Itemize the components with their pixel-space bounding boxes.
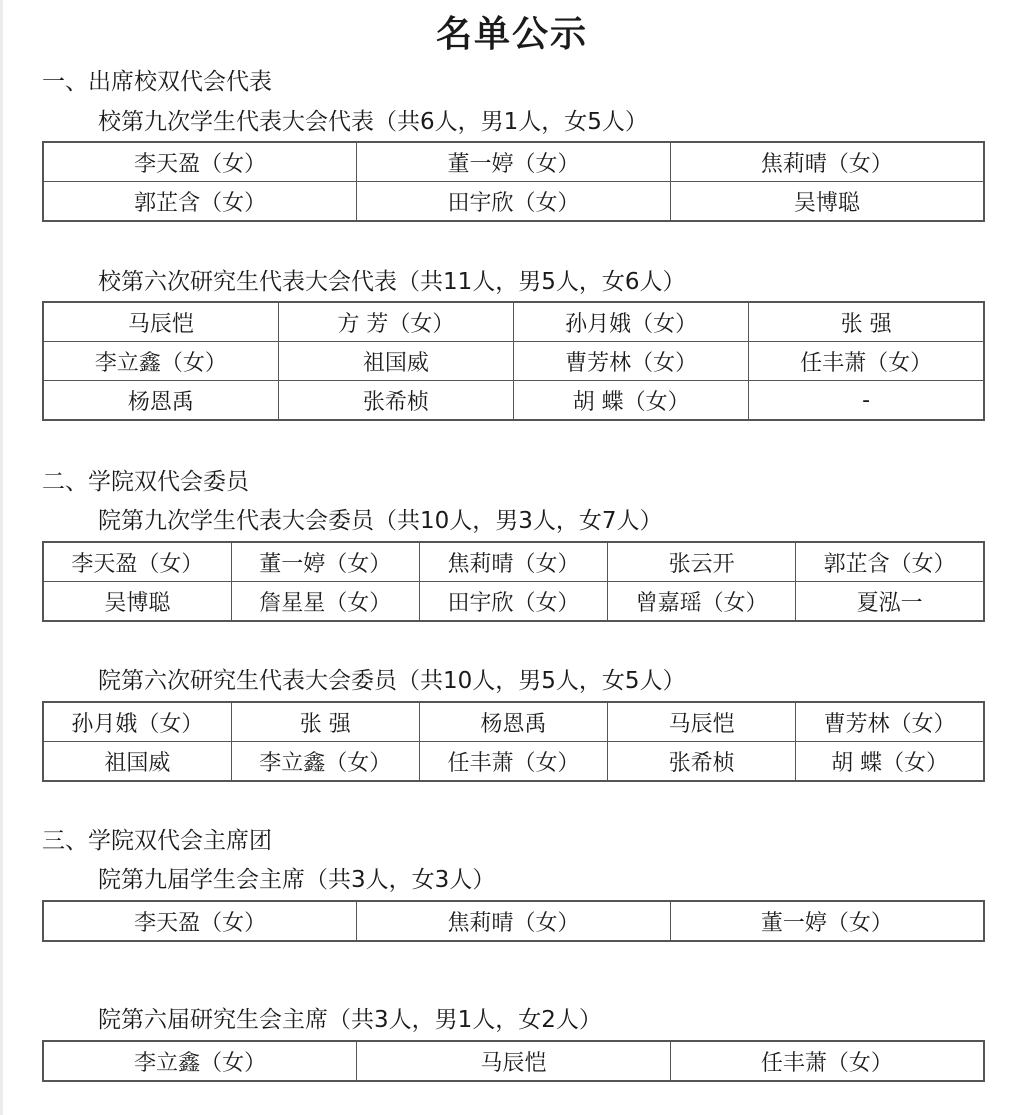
name-cell: 董一婷（女）	[670, 901, 984, 941]
name-cell: 田宇欣（女）	[357, 182, 671, 222]
name-cell: 李天盈（女）	[43, 542, 231, 582]
page-left-border	[0, 0, 3, 1115]
table-school-graduate-congress: 马辰恺 方 芳（女） 孙月娥（女） 张 强 李立鑫（女） 祖国威 曹芳林（女） …	[42, 301, 985, 421]
name-cell: 张云开	[608, 542, 796, 582]
name-cell: 詹星星（女）	[231, 582, 419, 622]
name-cell: 田宇欣（女）	[419, 582, 607, 622]
name-cell: 李天盈（女）	[43, 901, 357, 941]
page-title: 名单公示	[0, 10, 1024, 60]
name-cell: 马辰恺	[43, 302, 278, 342]
subheading-school-graduate-congress: 校第六次研究生代表大会代表（共11人，男5人，女6人）	[98, 266, 686, 298]
name-cell: 李立鑫（女）	[43, 342, 278, 381]
table-row: 郭芷含（女） 田宇欣（女） 吴博聪	[43, 182, 984, 222]
name-cell: 李立鑫（女）	[231, 742, 419, 782]
subheading-college-student-congress: 院第九次学生代表大会委员（共10人，男3人，女7人）	[98, 505, 663, 537]
name-cell: 李立鑫（女）	[43, 1041, 357, 1081]
name-cell: 孙月娥（女）	[43, 702, 231, 742]
table-college-graduate-union-chair: 李立鑫（女） 马辰恺 任丰萧（女）	[42, 1040, 985, 1082]
section-heading-1: 一、出席校双代会代表	[42, 66, 272, 98]
name-cell: 张 强	[231, 702, 419, 742]
name-cell: 董一婷（女）	[231, 542, 419, 582]
table-row: 李天盈（女） 焦莉晴（女） 董一婷（女）	[43, 901, 984, 941]
name-cell: 杨恩禹	[419, 702, 607, 742]
table-row: 孙月娥（女） 张 强 杨恩禹 马辰恺 曹芳林（女）	[43, 702, 984, 742]
name-cell: 李天盈（女）	[43, 142, 357, 182]
table-row: 杨恩禹 张希桢 胡 蝶（女） -	[43, 381, 984, 421]
table-row: 马辰恺 方 芳（女） 孙月娥（女） 张 强	[43, 302, 984, 342]
name-cell: 孙月娥（女）	[514, 302, 749, 342]
table-college-graduate-congress: 孙月娥（女） 张 强 杨恩禹 马辰恺 曹芳林（女） 祖国威 李立鑫（女） 任丰萧…	[42, 701, 985, 782]
name-cell: 焦莉晴（女）	[419, 542, 607, 582]
name-cell: 马辰恺	[357, 1041, 671, 1081]
subheading-college-student-union-chair: 院第九届学生会主席（共3人，女3人）	[98, 864, 495, 896]
name-cell: 郭芷含（女）	[796, 542, 984, 582]
name-cell: 胡 蝶（女）	[514, 381, 749, 421]
name-cell: 张希桢	[608, 742, 796, 782]
name-cell: -	[749, 381, 984, 421]
subheading-college-graduate-union-chair: 院第六届研究生会主席（共3人，男1人，女2人）	[98, 1004, 602, 1036]
name-cell: 焦莉晴（女）	[357, 901, 671, 941]
name-cell: 方 芳（女）	[278, 302, 513, 342]
name-cell: 任丰萧（女）	[670, 1041, 984, 1081]
name-cell: 焦莉晴（女）	[670, 142, 984, 182]
table-college-student-congress: 李天盈（女） 董一婷（女） 焦莉晴（女） 张云开 郭芷含（女） 吴博聪 詹星星（…	[42, 541, 985, 622]
subheading-school-student-congress: 校第九次学生代表大会代表（共6人，男1人，女5人）	[98, 106, 648, 138]
name-cell: 郭芷含（女）	[43, 182, 357, 222]
name-cell: 张希桢	[278, 381, 513, 421]
section-heading-3: 三、学院双代会主席团	[42, 825, 272, 857]
table-school-student-congress: 李天盈（女） 董一婷（女） 焦莉晴（女） 郭芷含（女） 田宇欣（女） 吴博聪	[42, 141, 985, 222]
table-row: 李立鑫（女） 马辰恺 任丰萧（女）	[43, 1041, 984, 1081]
table-row: 李立鑫（女） 祖国威 曹芳林（女） 任丰萧（女）	[43, 342, 984, 381]
name-cell: 马辰恺	[608, 702, 796, 742]
name-cell: 祖国威	[43, 742, 231, 782]
name-cell: 曹芳林（女）	[796, 702, 984, 742]
name-cell: 吴博聪	[670, 182, 984, 222]
name-cell: 杨恩禹	[43, 381, 278, 421]
subheading-college-graduate-congress: 院第六次研究生代表大会委员（共10人，男5人，女5人）	[98, 665, 686, 697]
table-row: 祖国威 李立鑫（女） 任丰萧（女） 张希桢 胡 蝶（女）	[43, 742, 984, 782]
name-cell: 任丰萧（女）	[419, 742, 607, 782]
table-college-student-union-chair: 李天盈（女） 焦莉晴（女） 董一婷（女）	[42, 900, 985, 942]
section-heading-2: 二、学院双代会委员	[42, 466, 249, 498]
name-cell: 夏泓一	[796, 582, 984, 622]
table-row: 李天盈（女） 董一婷（女） 焦莉晴（女） 张云开 郭芷含（女）	[43, 542, 984, 582]
name-cell: 曾嘉瑶（女）	[608, 582, 796, 622]
name-cell: 任丰萧（女）	[749, 342, 984, 381]
name-cell: 吴博聪	[43, 582, 231, 622]
table-row: 李天盈（女） 董一婷（女） 焦莉晴（女）	[43, 142, 984, 182]
name-cell: 胡 蝶（女）	[796, 742, 984, 782]
name-cell: 张 强	[749, 302, 984, 342]
name-cell: 董一婷（女）	[357, 142, 671, 182]
name-cell: 曹芳林（女）	[514, 342, 749, 381]
name-cell: 祖国威	[278, 342, 513, 381]
table-row: 吴博聪 詹星星（女） 田宇欣（女） 曾嘉瑶（女） 夏泓一	[43, 582, 984, 622]
